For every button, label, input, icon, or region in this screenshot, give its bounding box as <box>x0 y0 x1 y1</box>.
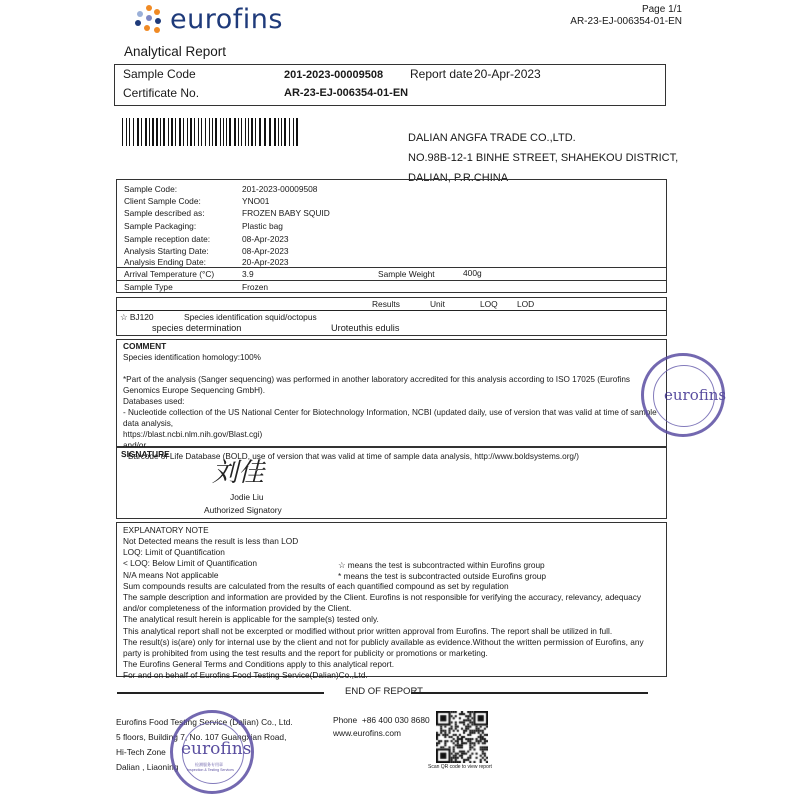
certificate-label: Certificate No. <box>123 86 199 100</box>
stamp-subtext-en: Inspection & Testing Services <box>187 768 234 772</box>
sample-code-value: 201-2023-00009508 <box>284 69 383 81</box>
sample-info-value: 201-2023-00009508 <box>242 184 317 194</box>
comment-line: *Part of the analysis (Sanger sequencing… <box>123 374 666 385</box>
signature-section: SIGNATURE 刘佳 Jodie Liu Authorized Signat… <box>116 447 667 519</box>
report-date-value: 20-Apr-2023 <box>474 67 541 81</box>
star-note: ☆ means the test is subcontracted within… <box>338 560 545 570</box>
page-number: Page 1/1 <box>570 4 682 16</box>
sample-info-label: Analysis Ending Date: <box>124 257 206 267</box>
sample-info-label: Sample Packaging: <box>124 221 196 231</box>
sample-type-label: Sample Type <box>124 282 173 292</box>
phone-label: Phone <box>333 715 357 725</box>
explanatory-note-section: EXPLANATORY NOTE Not Detected means the … <box>116 522 667 677</box>
sample-code-label: Sample Code <box>123 67 196 81</box>
sample-info-label: Sample Code: <box>124 184 177 194</box>
barcode <box>122 118 300 146</box>
arrival-temp-value: 3.9 <box>242 269 254 279</box>
phone-number: +86 400 030 8680 <box>362 715 430 725</box>
explanatory-line: The result(s) is(are) only for internal … <box>123 637 644 647</box>
explanatory-line: party is prohibited from using the test … <box>123 648 488 658</box>
explanatory-line: The Eurofins General Terms and Condition… <box>123 659 394 669</box>
signatory-title: Authorized Signatory <box>204 505 282 515</box>
sample-info-value: Plastic bag <box>242 221 283 231</box>
explanatory-line: and/or completeness of the information p… <box>123 603 351 613</box>
explanatory-heading: EXPLANATORY NOTE <box>123 525 209 535</box>
comment-line: data analysis, <box>123 418 666 429</box>
comment-line: Genomics Europe Sequencing GmbH). <box>123 385 666 396</box>
sample-info-value: 08-Apr-2023 <box>242 246 289 256</box>
explanatory-line: < LOQ: Below Limit of Quantification <box>123 558 257 568</box>
stamp-text-footer: eurofins <box>181 739 251 759</box>
asterisk-note: * means the test is subcontracted outsid… <box>338 571 546 581</box>
col-unit: Unit <box>430 299 445 309</box>
dots-logo-icon <box>134 5 164 33</box>
client-address-line1: NO.98B-12-1 BINHE STREET, SHAHEKOU DISTR… <box>408 148 678 168</box>
signature-heading: SIGNATURE <box>121 449 170 459</box>
comment-line <box>123 363 666 374</box>
stamp-text-right: eurofins <box>664 386 726 404</box>
col-lod: LOD <box>517 299 534 309</box>
sample-weight-value: 400g <box>463 268 482 278</box>
report-header-box: Sample Code 201-2023-00009508 Report dat… <box>114 64 666 106</box>
col-loq: LOQ <box>480 299 498 309</box>
handwritten-signature: 刘佳 <box>212 452 264 489</box>
sample-info-label: Client Sample Code: <box>124 196 201 206</box>
end-divider-right <box>411 692 648 694</box>
comment-section: COMMENT Species identification homology:… <box>116 339 667 447</box>
comment-line: https://blast.ncbi.nlm.nih.gov/Blast.cgi… <box>123 429 666 440</box>
comment-heading: COMMENT <box>123 341 666 352</box>
comment-line: Databases used: <box>123 396 666 407</box>
document-id: AR-23-EJ-006354-01-EN <box>570 16 682 28</box>
results-table: Results Unit LOQ LOD ☆ BJ120 Species ide… <box>116 297 667 336</box>
explanatory-line: N/A means Not applicable <box>123 570 218 580</box>
certificate-value: AR-23-EJ-006354-01-EN <box>284 87 408 99</box>
sample-info-value: 08-Apr-2023 <box>242 234 289 244</box>
result-value: Uroteuthis edulis <box>331 323 399 333</box>
col-results: Results <box>372 299 400 309</box>
company-stamp-right: eurofins <box>641 353 725 437</box>
qr-caption: Scan QR code to view report <box>428 764 492 770</box>
sample-info-label: Analysis Starting Date: <box>124 246 209 256</box>
explanatory-line: This analytical report shall not be exce… <box>123 626 612 636</box>
report-date-label: Report date <box>410 67 473 81</box>
explanatory-line: LOQ: Limit of Quantification <box>123 547 225 557</box>
analyte-name: species determination <box>152 323 241 333</box>
page-title: Analytical Report <box>124 44 226 59</box>
sample-info-value: 20-Apr-2023 <box>242 257 289 267</box>
test-code: ☆ BJ120 <box>120 312 154 322</box>
signatory-name: Jodie Liu <box>230 492 264 502</box>
website-link[interactable]: www.eurofins.com <box>333 727 430 740</box>
end-divider-left <box>117 692 324 694</box>
explanatory-line: The sample description and information a… <box>123 592 641 602</box>
arrival-temp-label: Arrival Temperature (°C) <box>124 269 214 279</box>
test-name: Species identification squid/octopus <box>184 312 317 322</box>
comment-line: - Nucleotide collection of the US Nation… <box>123 407 666 418</box>
sample-weight-label: Sample Weight <box>378 269 435 279</box>
sample-type-value: Frozen <box>242 282 268 292</box>
sample-info-value: FROZEN BABY SQUID <box>242 208 330 218</box>
comment-line: Species identification homology:100% <box>123 352 666 363</box>
explanatory-line: For and on behalf of Eurofins Food Testi… <box>123 670 368 680</box>
footer-contact: Phone +86 400 030 8680 www.eurofins.com <box>333 714 430 740</box>
explanatory-line: Sum compounds results are calculated fro… <box>123 581 509 591</box>
eurofins-logo: eurofins <box>134 4 283 34</box>
qr-code[interactable] <box>436 711 488 763</box>
sample-info-table: Sample Code:201-2023-00009508Client Samp… <box>116 179 667 293</box>
sample-info-label: Sample reception date: <box>124 234 210 244</box>
explanatory-line: The analytical result herein is applicab… <box>123 614 379 624</box>
company-stamp-footer: eurofins 检测服务专用章 Inspection & Testing Se… <box>170 710 254 794</box>
brand-name: eurofins <box>170 4 283 35</box>
sample-info-label: Sample described as: <box>124 208 205 218</box>
sample-info-value: YNO01 <box>242 196 269 206</box>
page-info: Page 1/1 AR-23-EJ-006354-01-EN <box>570 4 682 28</box>
explanatory-line: Not Detected means the result is less th… <box>123 536 298 546</box>
client-name: DALIAN ANGFA TRADE CO.,LTD. <box>408 128 678 148</box>
